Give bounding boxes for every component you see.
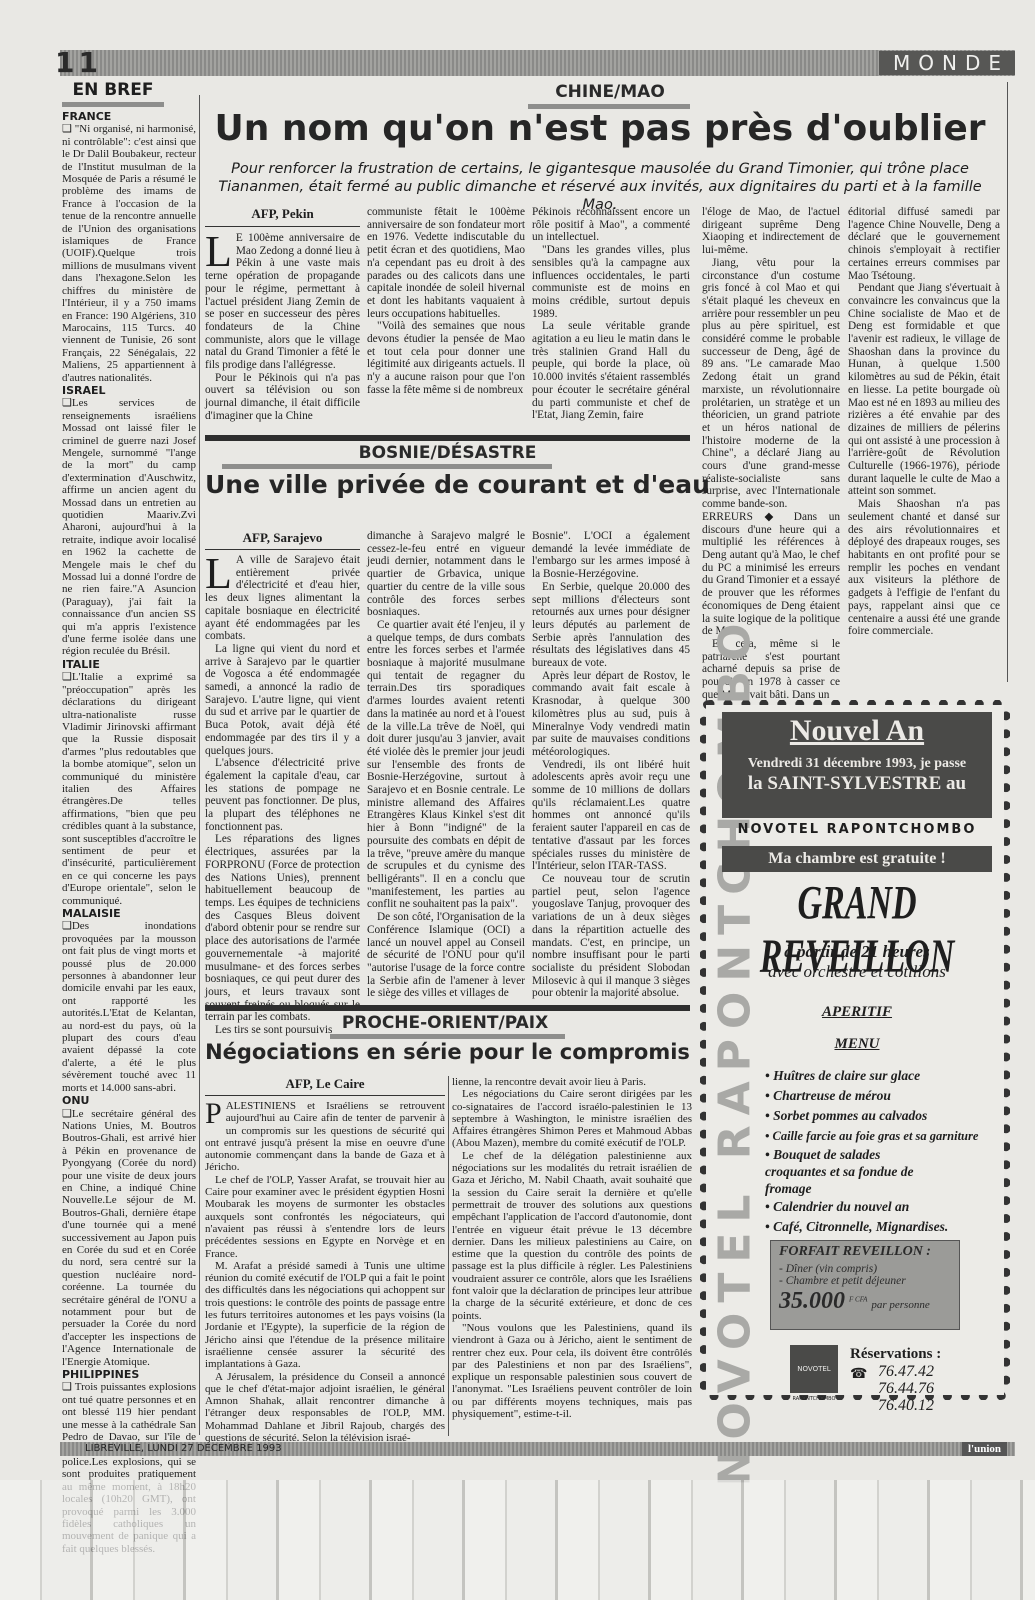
kicker-rule [330,1034,565,1039]
kicker-rule [222,464,552,469]
en-bref-title: EN BREF [62,80,164,100]
ad-time: à partir de 21 heures [722,942,992,962]
brief-heading: MALAISIE [62,908,196,920]
forfait-price: 35.000 [779,1288,845,1314]
byline-proche-orient: AFP, Le Caire [205,1076,445,1092]
paragraph: Pendant que Jiang s'évertuait à convainc… [848,282,1000,498]
paragraph: Les réparations des lignes électriques, … [205,833,360,1024]
paragraph: L'absence d'électricité prive également … [205,757,360,833]
paragraph: Le chef de la délégation palestinienne a… [452,1150,692,1322]
phone-number: 76.44.76 [878,1380,988,1397]
paragraph: En Serbie, quelque 20.000 des sept milli… [532,581,690,670]
ad-line2: la SAINT-SYLVESTRE au [722,773,992,795]
ad-free-room: Ma chambre est gratuite ! [722,846,992,872]
paragraph: Ce nouveau tour de scrutin partiel peut,… [532,873,690,1000]
brief-heading: PHILIPPINES [62,1369,196,1381]
paragraph: éditorial diffusé samedi par l'agence Ch… [848,206,1000,282]
brief-text: ❑Les services de renseignements israélie… [62,397,196,658]
ad-forfait-box: FORFAIT REVEILLON : - Dîner (vin compris… [770,1240,960,1330]
article-chine-col5: éditorial diffusé samedi par l'agence Ch… [848,206,1000,638]
paragraph: Après leur départ de Rostov, le commando… [532,670,690,759]
menu-item: • Sorbet pommes au calvados [765,1106,1005,1126]
newspaper-page: 11 MONDE EN BREF FRANCE ❑ "Ni organisé, … [0,0,1035,1600]
kicker-proche-orient: PROCHE-ORIENT/PAIX [320,1013,570,1033]
forfait-item: - Chambre et petit déjeuner [779,1275,951,1287]
paragraph: ALESTINIENS et Israéliens se retrouvent … [205,1100,445,1173]
ad-phone-list: 76.47.42 76.44.76 76.40.12 [878,1363,988,1414]
page-number: 11 [55,46,102,79]
column-divider [1007,82,1008,682]
ad-menu-list: • Huîtres de claire sur glace • Chartreu… [765,1066,1005,1237]
paragraph: Bosnie". L'OCI a également demandé la le… [532,530,690,581]
paragraph: "Nous voulons que les Palestiniens, quan… [452,1322,692,1420]
ad-title: Nouvel An [722,714,992,748]
brief-text: ❑ "Ni organisé, ni harmonisé, ni contrôl… [62,123,196,384]
byline-bosnie: AFP, Sarajevo [205,530,360,546]
brief-text: ❑L'Italie a exprimé sa "préoccupation" a… [62,671,196,907]
byline-rule [205,1095,445,1096]
section-divider [205,1005,690,1011]
menu-item: • Huîtres de claire sur glace [765,1066,1005,1086]
dropcap: L [205,556,232,592]
paragraph: Les négociations du Caire seront dirigée… [452,1088,692,1149]
phone-number: 76.47.42 [878,1363,988,1380]
scan-artifact [0,1480,1035,1600]
menu-item: • Café, Citronnelle, Mignardises. [765,1217,1005,1237]
paragraph: communiste fêtait le 100ème anniversaire… [367,206,525,320]
kicker-bosnie: BOSNIE/DÉSASTRE [330,443,565,463]
paragraph: "Dans les grandes villes, plus sensibles… [532,244,690,320]
paragraph: Vendredi, ils ont libéré huit adolescent… [532,759,690,873]
paragraph: Pour le Pékinois qui n'a pas ouvert sa t… [205,372,360,423]
forfait-per: par personne [871,1299,929,1311]
phone-icon: ☎ [850,1366,870,1383]
menu-item: • Bouquet de salades croquantes et sa fo… [765,1146,935,1197]
paragraph: De son côté, l'Organisation de la Confér… [367,911,525,1000]
headline-bosnie: Une ville privée de courant et d'eau [205,470,690,499]
article-chine-col1: LE 100ème anniversaire de Mao Zedong a d… [205,232,360,423]
brief-heading: ONU [62,1095,196,1107]
column-divider [199,95,200,1435]
novotel-logo: NOVOTEL [790,1345,838,1393]
article-bosnie-col1: LA ville de Sarajevo était entièrement p… [205,554,360,1037]
paragraph: A Jérusalem, la présidence du Conseil a … [205,1371,445,1445]
forfait-item: - Dîner (vin compris) [779,1263,951,1275]
menu-item: • Chartreuse de mérou [765,1086,1005,1106]
article-proche-orient-col2: lienne, la rencontre devait avoir lieu à… [452,1076,692,1420]
logo-text: NOVOTEL [797,1365,830,1373]
paragraph: Pékinois reconnaissent encore un rôle po… [532,206,690,244]
paragraph: Le chef de l'OLP, Yasser Arafat, se trou… [205,1174,445,1260]
headline-chine: Un nom qu'on n'est pas près d'oublier [205,108,995,149]
paragraph: La seule véritable grande agitation a eu… [532,320,690,422]
brief-text: ❑Des inondations provoquées par la mouss… [62,920,196,1094]
footer-dateline: LIBREVILLE, LUNDI 27 DÉCEMBRE 1993 [85,1442,282,1456]
ad-hotel-name: NOVOTEL RAPONTCHOMBO [722,822,992,837]
forfait-title: FORFAIT REVEILLON : [779,1244,951,1260]
brief-text: ❑Le secrétaire général des Nations Unies… [62,1108,196,1369]
section-divider [205,435,690,441]
column-divider [448,1076,449,1436]
menu-item: • Caille farcie au foie gras et sa garni… [765,1126,1005,1146]
kicker-chine: CHINE/MAO [520,82,700,102]
phone-number: 76.40.12 [878,1397,988,1414]
ad-line1: Vendredi 31 décembre 1993, je passe [722,756,992,772]
ad-aperitif: APERITIF [722,1004,992,1021]
article-bosnie-col3: Bosnie". L'OCI a également demandé la le… [532,530,690,1000]
article-bosnie-col2: dimanche à Sarajevo malgré le cessez-le-… [367,530,525,1000]
paragraph: lienne, la rencontre devait avoir lieu à… [452,1076,692,1088]
paragraph: dimanche à Sarajevo malgré le cessez-le-… [367,530,525,619]
en-bref-rule [62,102,164,107]
brief-heading: FRANCE [62,111,196,123]
article-chine-col2: communiste fêtait le 100ème anniversaire… [367,206,525,397]
ad-title-banner: Nouvel An Vendredi 31 décembre 1993, je … [722,712,992,818]
ad-music: avec orchestre et cotillons [722,962,992,982]
paragraph: "Voilà des semaines que nous devons étud… [367,320,525,396]
ad-menu-title: MENU [722,1036,992,1053]
menu-item: • Calendrier du nouvel an [765,1197,1005,1217]
paragraph: Mais Shaoshan n'a pas seulement chanté e… [848,498,1000,638]
article-proche-orient-col1: PALESTINIENS et Israéliens se retrouvent… [205,1100,445,1444]
ad-reservations-label: Réservations : [850,1346,1000,1363]
paragraph: Jiang, vêtu pour la circonstance d'un co… [702,257,840,511]
section-label: MONDE [879,51,1015,75]
paragraph: La ligne qui vient du nord et arrive à S… [205,643,360,757]
forfait-price-unit: F CFA [849,1296,867,1304]
dropcap: P [205,1102,222,1126]
byline-chine: AFP, Pekin [205,206,360,222]
footer-brand: l'union [962,1442,1007,1456]
article-chine-col3: Pékinois reconnaissent encore un rôle po… [532,206,690,422]
paragraph: M. Arafat a présidé samedi à Tunis une u… [205,1260,445,1371]
brief-heading: ISRAEL [62,385,196,397]
en-bref-column: FRANCE ❑ "Ni organisé, ni harmonisé, ni … [62,110,196,1555]
headline-proche-orient: Négociations en série pour le compromis [205,1040,690,1064]
logo-sub: RAPONTCHOMBO [780,1396,848,1402]
brief-heading: ITALIE [62,659,196,671]
paragraph: Ce quartier avait été l'enjeu, il y a qu… [367,619,525,911]
header-band [60,50,1015,76]
dropcap: L [205,234,232,270]
paragraph: l'éloge de Mao, de l'actuel dirigeant su… [702,206,840,257]
